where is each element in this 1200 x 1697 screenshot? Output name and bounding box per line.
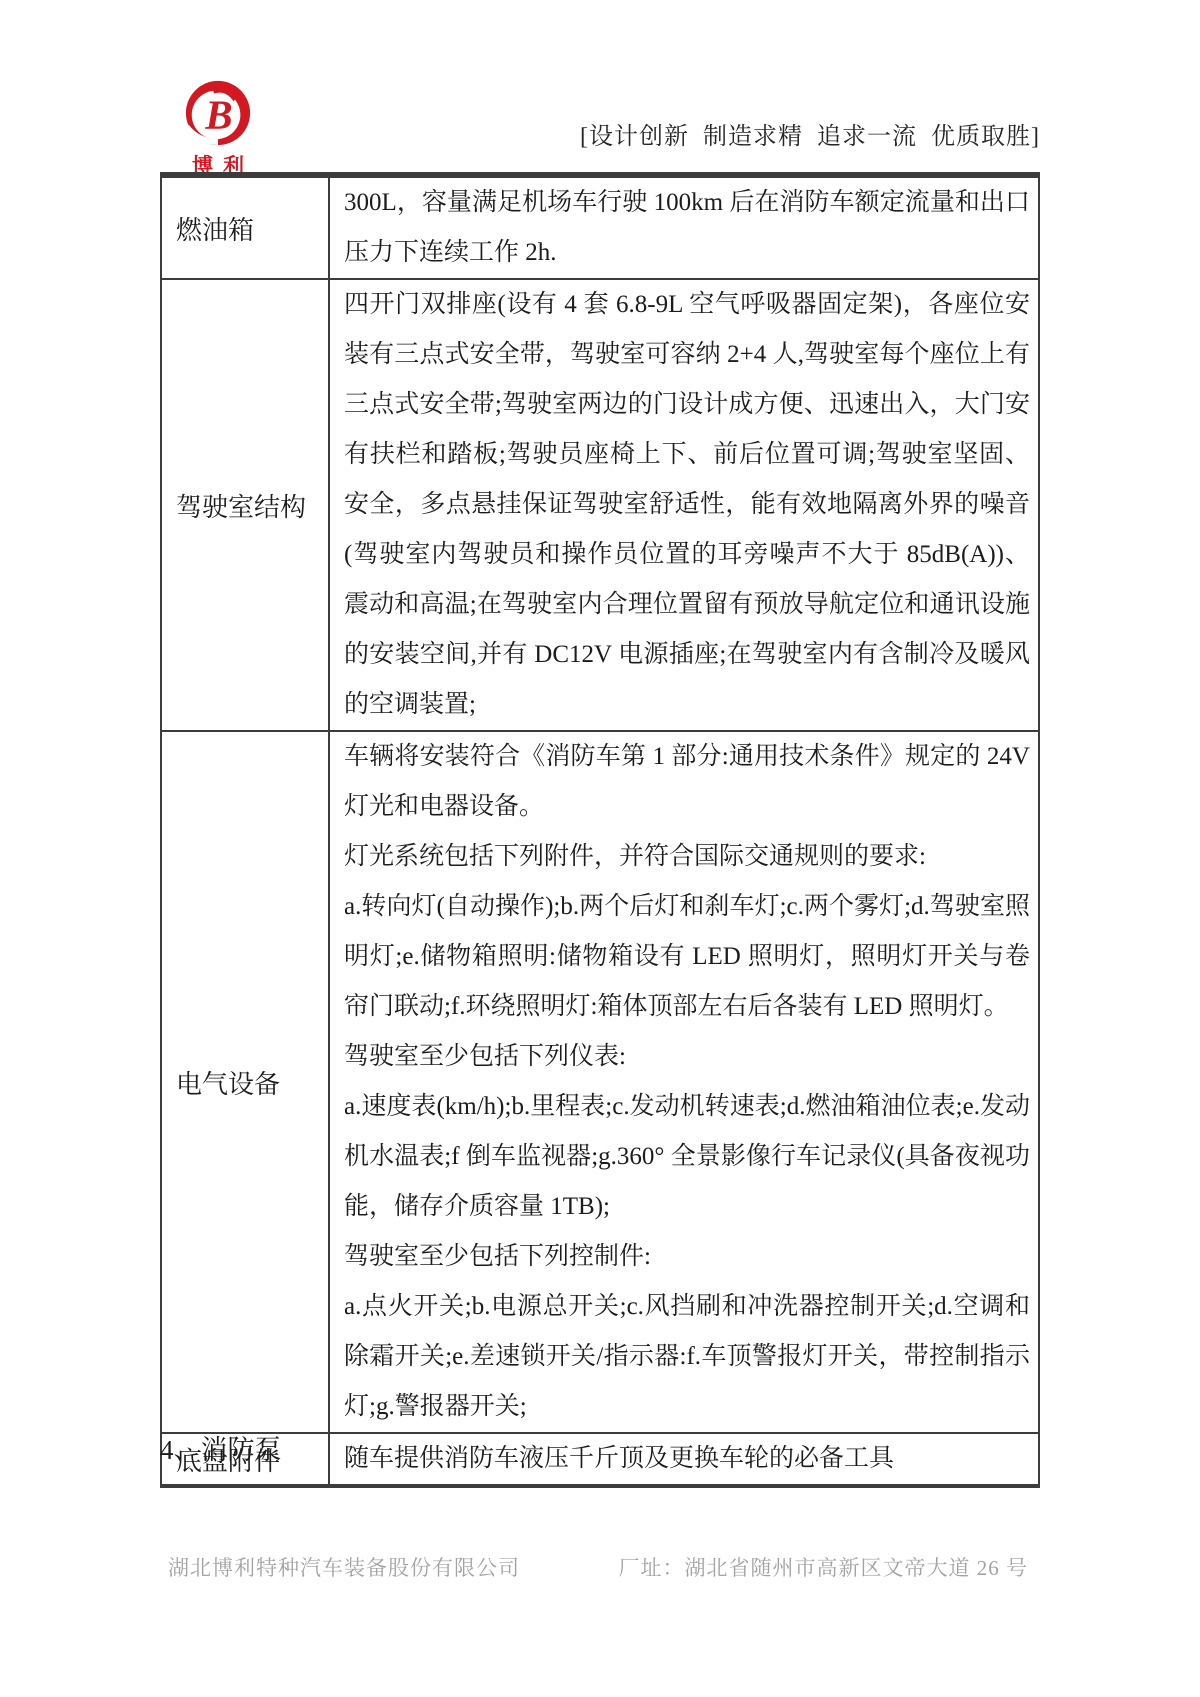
content-paragraph: a.转向灯(自动操作);b.两个后灯和刹车灯;c.两个雾灯;d.驾驶室照明灯;e… [344,882,1030,1032]
content-paragraph: 车辆将安装符合《消防车第 1 部分:通用技术条件》规定的 24V 灯光和电器设备… [344,732,1030,832]
table-row: 燃油箱 300L，容量满足机场车行驶 100km 后在消防车额定流量和出口压力下… [162,178,1038,278]
content-paragraph: a.速度表(km/h);b.里程表;c.发动机转速表;d.燃油箱油位表;e.发动… [344,1082,1030,1232]
header-tagline: [设计创新 制造求精 追求一流 优质取胜] [580,116,1040,151]
section-heading: 4、消防泵 [160,1428,282,1467]
content-paragraph: 随车提供消防车液压千斤顶及更换车轮的必备工具 [344,1434,1030,1484]
company-logo: B 博利 [178,78,258,180]
content-paragraph: 灯光系统包括下列附件，并符合国际交通规则的要求: [344,832,1030,882]
row-content: 车辆将安装符合《消防车第 1 部分:通用技术条件》规定的 24V 灯光和电器设备… [330,732,1038,1432]
content-paragraph: 驾驶室至少包括下列控制件: [344,1232,1030,1282]
content-paragraph: 驾驶室至少包括下列仪表: [344,1032,1030,1082]
svg-text:B: B [204,93,232,138]
content-paragraph: a.点火开关;b.电源总开关;c.风挡刷和冲洗器控制开关;d.空调和除霜开关;e… [344,1282,1030,1432]
row-content: 随车提供消防车液压千斤顶及更换车轮的必备工具 [330,1434,1038,1484]
table-row: 底盘附件 随车提供消防车液压千斤顶及更换车轮的必备工具 [162,1432,1038,1484]
content-paragraph: 四开门双排座(设有 4 套 6.8-9L 空气呼吸器固定架)，各座位安装有三点式… [344,280,1030,730]
footer-company: 湖北博利特种汽车装备股份有限公司 [168,1552,520,1582]
spec-table: 燃油箱 300L，容量满足机场车行驶 100km 后在消防车额定流量和出口压力下… [160,172,1040,1488]
table-row: 驾驶室结构 四开门双排座(设有 4 套 6.8-9L 空气呼吸器固定架)，各座位… [162,278,1038,730]
footer-address: 厂址：湖北省随州市高新区文帝大道 26 号 [619,1552,1029,1582]
table-row: 电气设备 车辆将安装符合《消防车第 1 部分:通用技术条件》规定的 24V 灯光… [162,730,1038,1432]
page-footer: 湖北博利特种汽车装备股份有限公司 厂址：湖北省随州市高新区文帝大道 26 号 [168,1552,1028,1582]
row-content: 四开门双排座(设有 4 套 6.8-9L 空气呼吸器固定架)，各座位安装有三点式… [330,280,1038,730]
boli-logo-icon: B [183,78,253,148]
document-page: B 博利 [设计创新 制造求精 追求一流 优质取胜] 燃油箱 300L，容量满足… [0,0,1200,1697]
row-label: 燃油箱 [162,178,330,278]
row-label: 电气设备 [162,732,330,1432]
content-paragraph: 300L，容量满足机场车行驶 100km 后在消防车额定流量和出口压力下连续工作… [344,178,1030,278]
row-content: 300L，容量满足机场车行驶 100km 后在消防车额定流量和出口压力下连续工作… [330,178,1038,278]
row-label: 驾驶室结构 [162,280,330,730]
